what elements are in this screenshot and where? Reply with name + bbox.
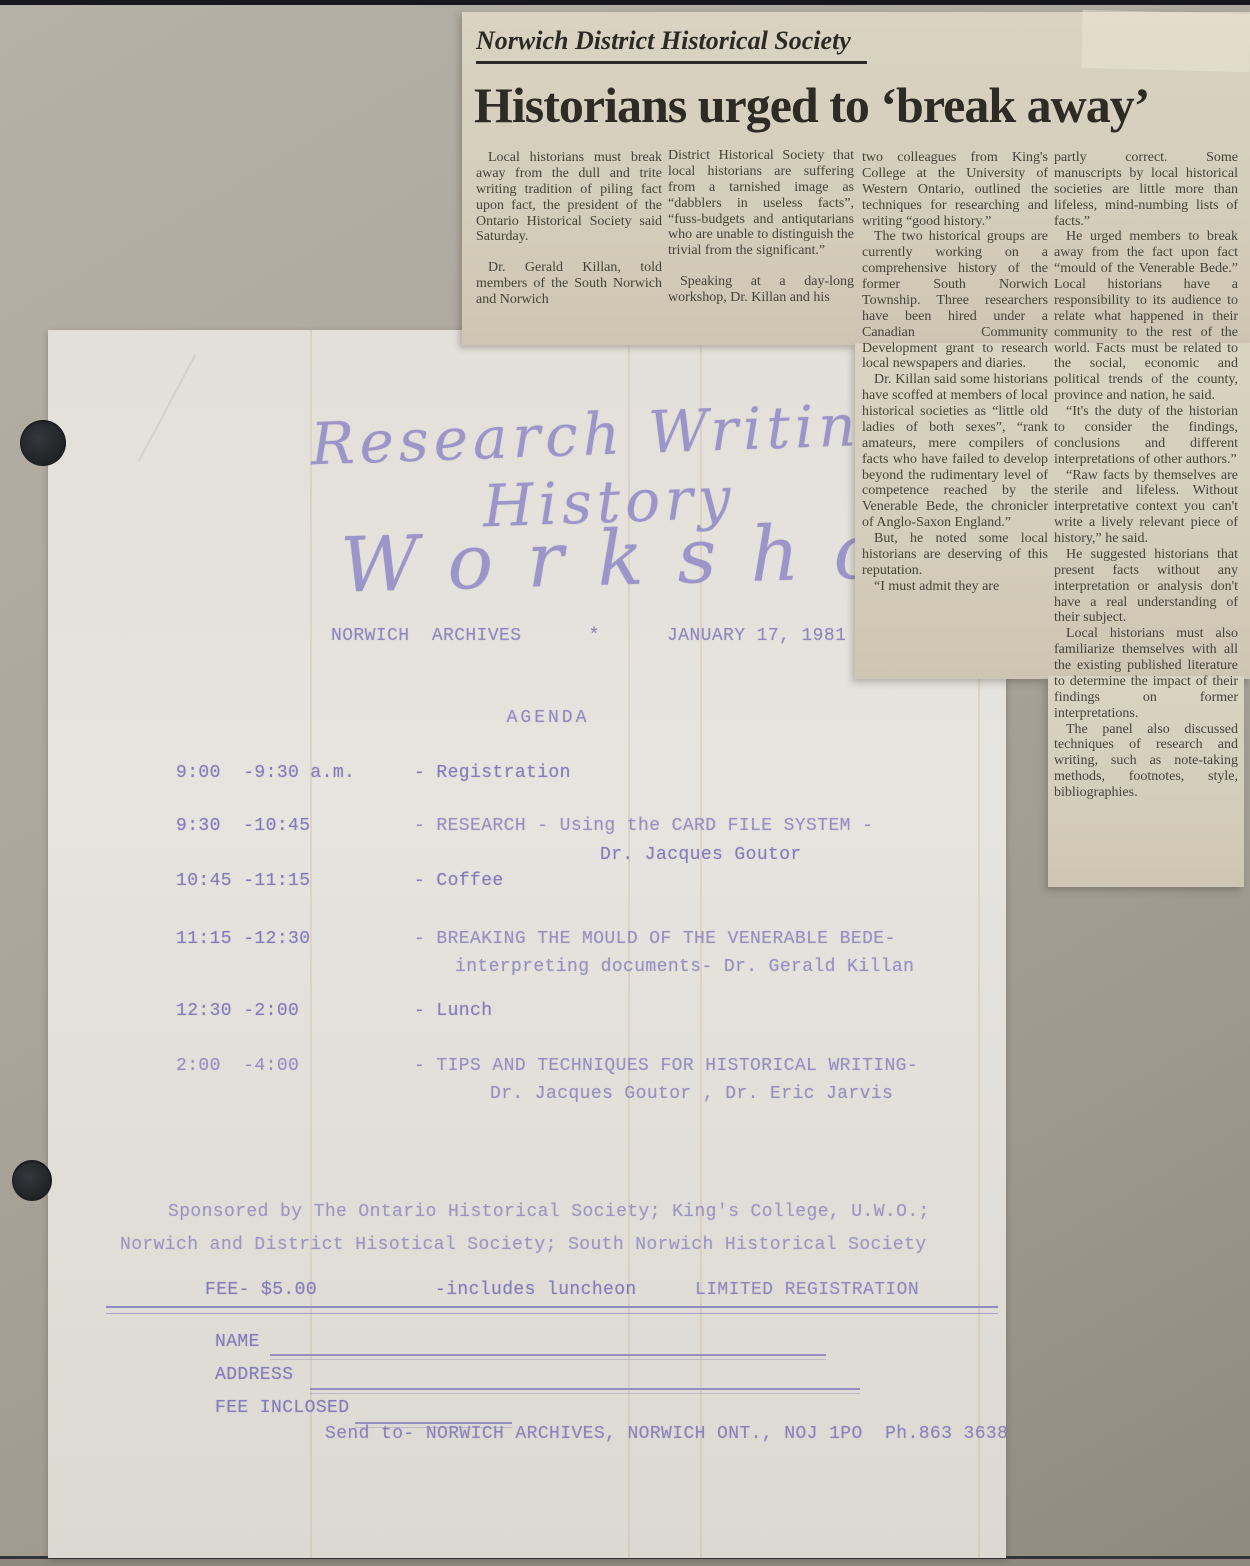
article-paragraph: “It's the duty of the historian to consi… bbox=[1054, 404, 1238, 468]
article-column-3: two colleagues from King's College at th… bbox=[862, 150, 1048, 676]
sponsor-line-2: Norwich and District Hisotical Society; … bbox=[120, 1235, 927, 1255]
article-paragraph: “I must admit they are bbox=[862, 579, 1048, 595]
article-paragraph: He urged members to break away from the … bbox=[1054, 229, 1238, 404]
scrapbook-page: Research Writing History Workshop NORWIC… bbox=[0, 0, 1250, 1566]
article-paragraph: The two historical groups are currently … bbox=[862, 229, 1048, 372]
agenda-time: 2:00 -4:00 bbox=[176, 1056, 299, 1076]
article-paragraph: two colleagues from King's College at th… bbox=[862, 150, 1048, 229]
divider-rule bbox=[106, 1306, 998, 1314]
article-paragraph: He suggested historians that present fac… bbox=[1054, 547, 1238, 626]
name-blank-line bbox=[270, 1354, 826, 1360]
article-kicker: Norwich District Historical Society bbox=[476, 26, 867, 64]
article-paragraph: partly correct. Some manuscripts by loca… bbox=[1054, 150, 1238, 229]
article-paragraph: “Raw facts by themselves are sterile and… bbox=[1054, 468, 1238, 547]
page-top-edge bbox=[0, 0, 1250, 5]
newspaper-clipping: Norwich District Historical Society Hist… bbox=[462, 12, 1250, 890]
send-to-line: Send to- NORWICH ARCHIVES, NORWICH ONT.,… bbox=[325, 1424, 1008, 1444]
article-paragraph: Local historians must break away from th… bbox=[476, 150, 662, 245]
punch-hole-bottom bbox=[12, 1160, 52, 1201]
punch-hole-top bbox=[20, 420, 66, 466]
address-label: ADDRESS bbox=[215, 1365, 293, 1385]
article-paragraph: But, he noted some local historians are … bbox=[862, 531, 1048, 579]
agenda-time: 9:00 -9:30 a.m. bbox=[176, 763, 355, 783]
article-paragraph: The panel also discussed techniques of r… bbox=[1054, 722, 1238, 801]
fee-label: FEE- $5.00 bbox=[205, 1280, 317, 1300]
limited-registration-label: LIMITED REGISTRATION bbox=[695, 1280, 919, 1300]
agenda-time: 10:45 -11:15 bbox=[176, 871, 310, 891]
agenda-item-speaker: interpreting documents- Dr. Gerald Killa… bbox=[455, 957, 914, 977]
agenda-time: 9:30 -10:45 bbox=[176, 816, 310, 836]
article-paragraph: Speaking at a day-long workshop, Dr. Kil… bbox=[668, 274, 854, 306]
agenda-item: - Lunch bbox=[414, 1001, 492, 1021]
sponsor-line-1: Sponsored by The Ontario Historical Soci… bbox=[168, 1202, 930, 1222]
fee-note: -includes luncheon bbox=[435, 1280, 637, 1300]
agenda-time: 11:15 -12:30 bbox=[176, 929, 310, 949]
address-blank-line bbox=[310, 1388, 860, 1394]
article-paragraph: Dr. Gerald Killan, told members of the S… bbox=[476, 260, 662, 308]
article-paragraph: District Historical Society that local h… bbox=[668, 148, 854, 259]
torn-paper-edge bbox=[1081, 10, 1250, 72]
agenda-time: 12:30 -2:00 bbox=[176, 1001, 299, 1021]
agenda-item: - TIPS AND TECHNIQUES FOR HISTORICAL WRI… bbox=[414, 1056, 918, 1076]
article-column-2: District Historical Society that local h… bbox=[668, 148, 854, 346]
fee-enclosed-label: FEE INCLOSED bbox=[215, 1398, 349, 1418]
name-label: NAME bbox=[215, 1332, 260, 1352]
article-headline: Historians urged to ‘break away’ bbox=[474, 76, 1250, 134]
article-paragraph: Dr. Killan said some historians have sco… bbox=[862, 372, 1048, 531]
article-paragraph: Local historians must also familiarize t… bbox=[1054, 626, 1238, 721]
agenda-item-speaker: Dr. Jacques Goutor , Dr. Eric Jarvis bbox=[490, 1084, 893, 1104]
article-column-4: partly correct. Some manuscripts by loca… bbox=[1054, 150, 1238, 884]
agenda-item: - BREAKING THE MOULD OF THE VENERABLE BE… bbox=[414, 929, 896, 949]
article-column-1: Local historians must break away from th… bbox=[476, 150, 662, 345]
